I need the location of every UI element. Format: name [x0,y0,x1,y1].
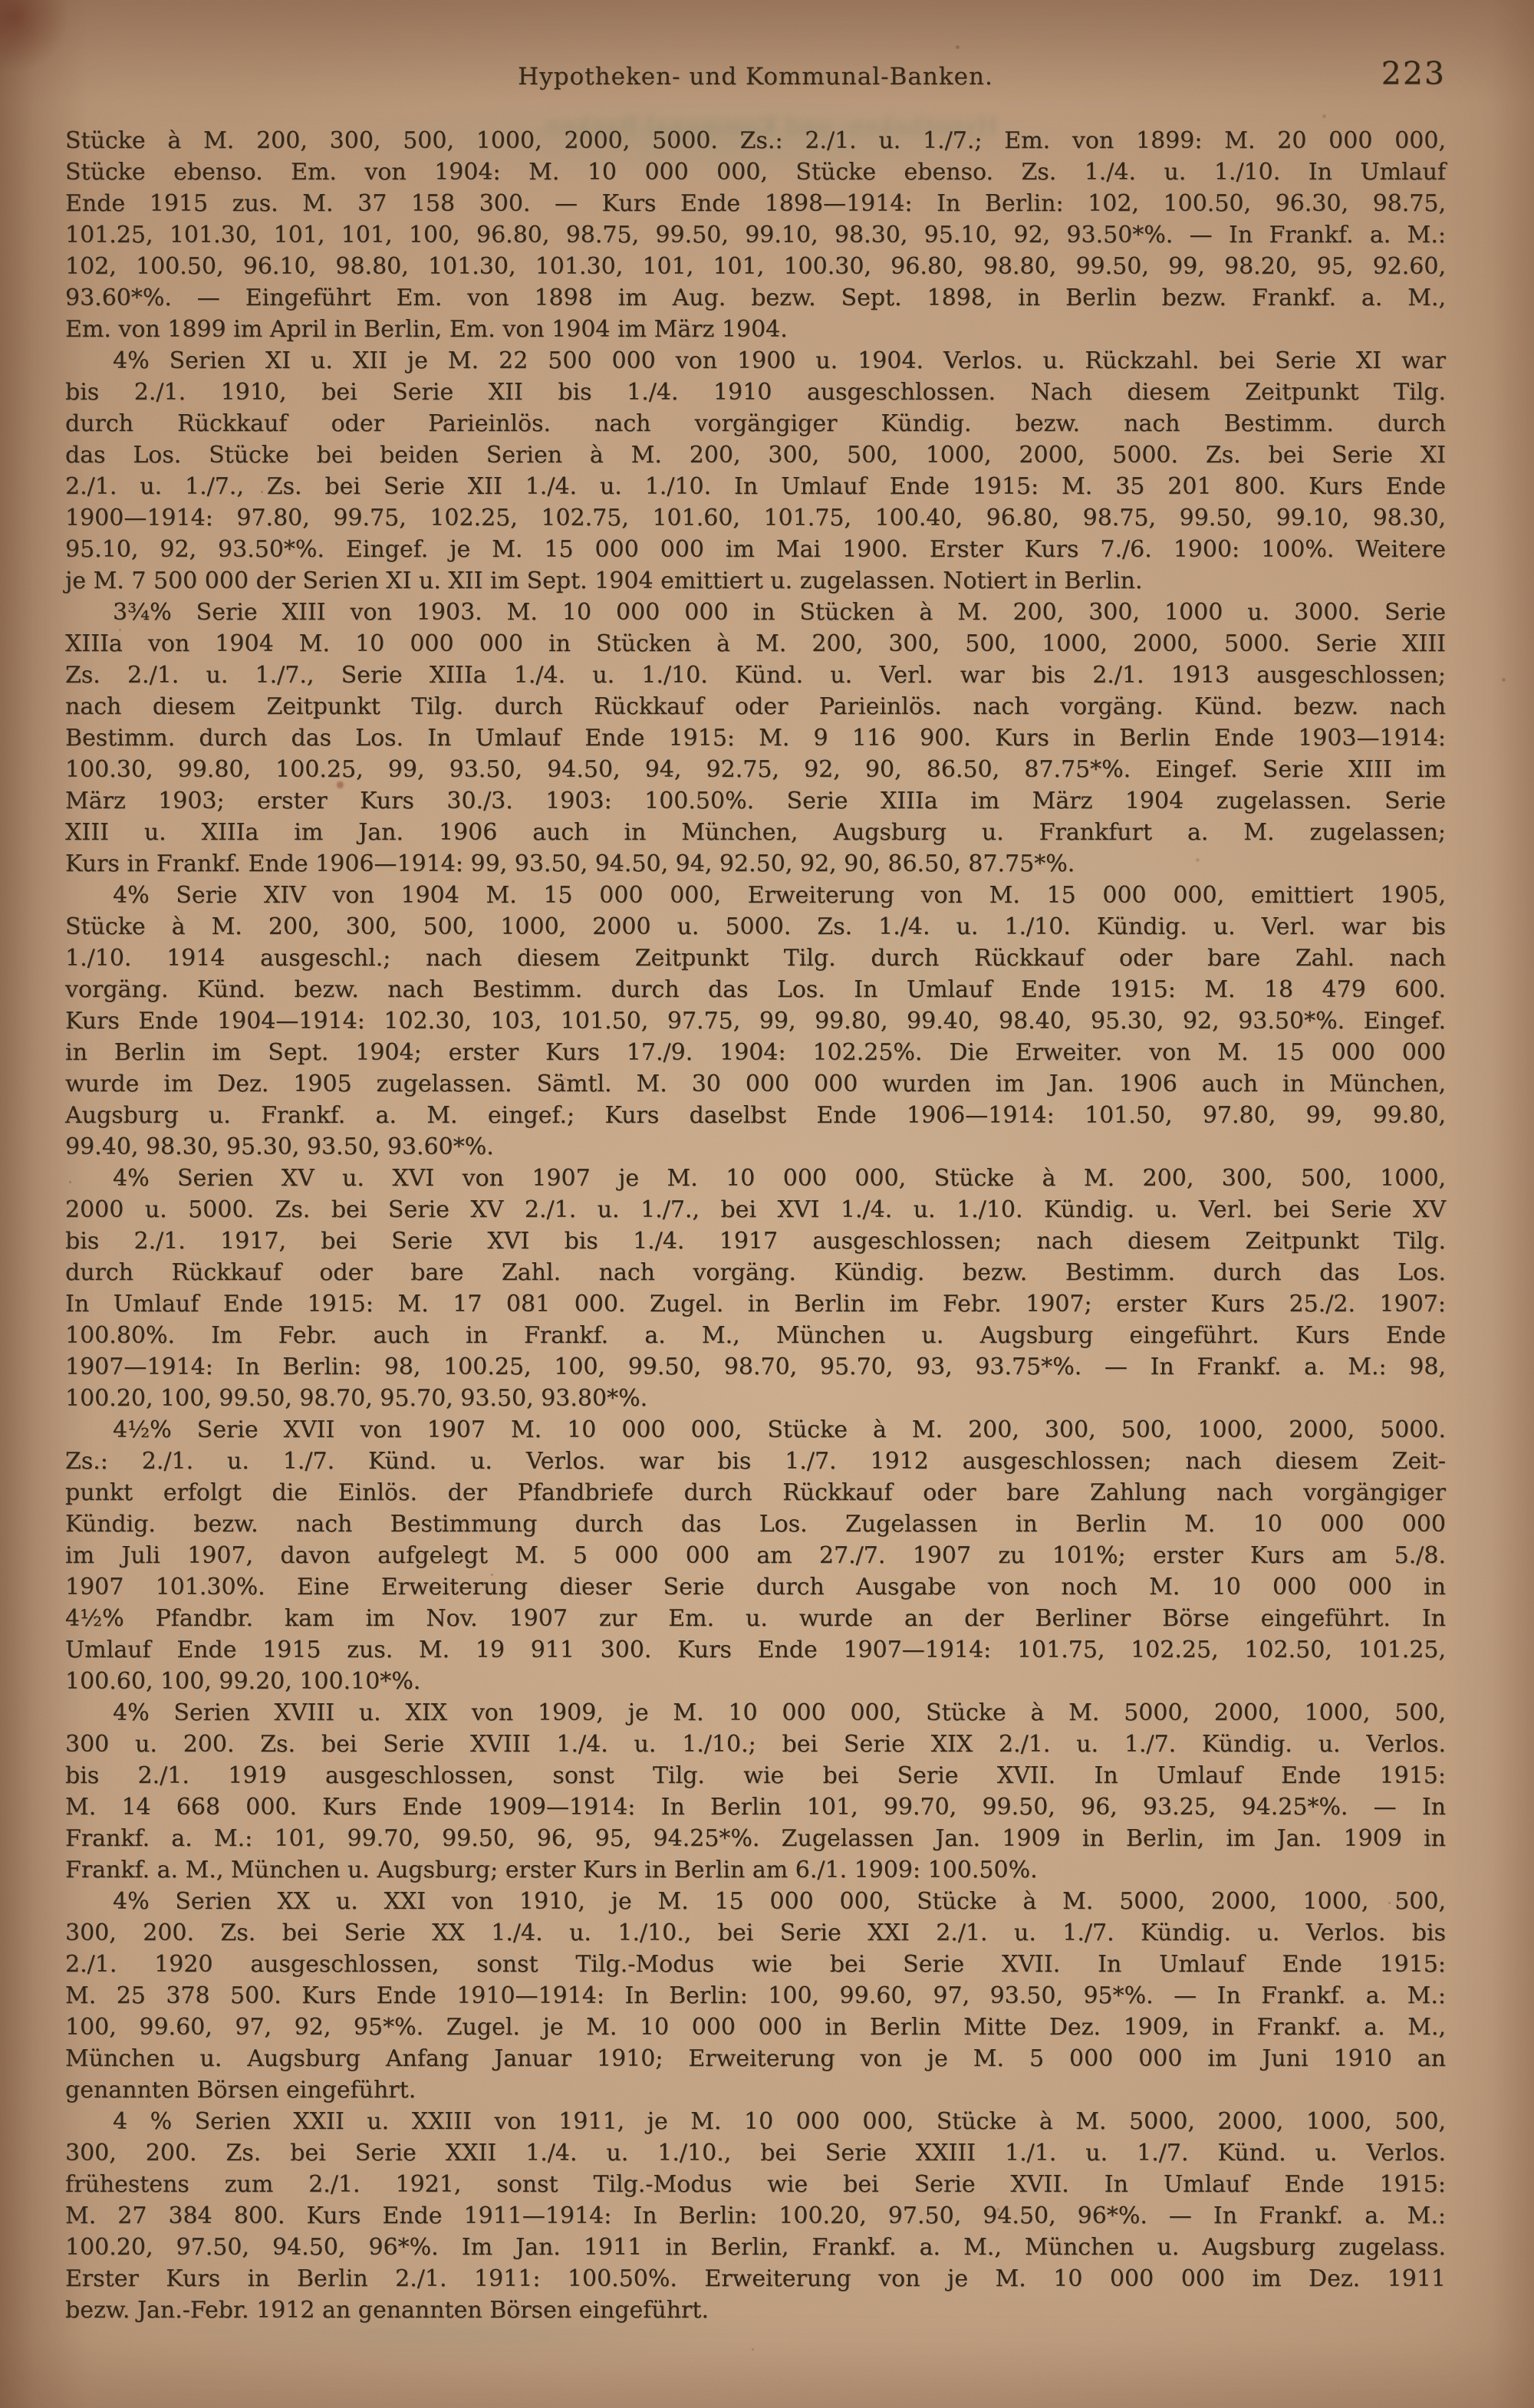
text-line: Zs. 2./1. u. 1./7., Serie XIIIa 1./4. u.… [65,660,1446,691]
paragraph: 3¾% Serie XIII von 1903. M. 10 000 000 i… [65,597,1446,880]
text-line: Kurs Ende 1904—1914: 102.30, 103, 101.50… [65,1005,1446,1037]
text-line: 1907—1914: In Berlin: 98, 100.25, 100, 9… [65,1351,1446,1383]
text-line: vorgäng. Künd. bezw. nach Bestimm. durch… [65,974,1446,1005]
text-line: Ende 1915 zus. M. 37 158 300. — Kurs End… [65,188,1446,219]
text-line: 300, 200. Zs. bei Serie XX 1./4. u. 1./1… [65,1917,1446,1949]
text-line: Stücke à M. 200, 300, 500, 1000, 2000 u.… [65,911,1446,942]
text-line: 102, 100.50, 96.10, 98.80, 101.30, 101.3… [65,251,1446,282]
paragraph: 4% Serie XIV von 1904 M. 15 000 000, Erw… [65,880,1446,1163]
text-line: im Juli 1907, davon aufgelegt M. 5 000 0… [65,1540,1446,1571]
text-line: 2000 u. 5000. Zs. bei Serie XV 2./1. u. … [65,1194,1446,1225]
text-line: 1907 101.30%. Eine Erweiterung dieser Se… [65,1571,1446,1603]
text-line: 4% Serie XIV von 1904 M. 15 000 000, Erw… [65,880,1446,911]
text-line: 101.25, 101.30, 101, 101, 100, 96.80, 98… [65,219,1446,251]
text-line: je M. 7 500 000 der Serien XI u. XII im … [65,565,1446,597]
text-line: frühestens zum 2./1. 1921, sonst Tilg.-M… [65,2169,1446,2200]
text-line: bis 2./1. 1910, bei Serie XII bis 1./4. … [65,377,1446,408]
text-line: 300, 200. Zs. bei Serie XXII 1./4. u. 1.… [65,2137,1446,2169]
text-line: 100.80%. Im Febr. auch in Frankf. a. M.,… [65,1320,1446,1351]
text-line: Bestimm. durch das Los. In Umlauf Ende 1… [65,722,1446,754]
text-line: M. 25 378 500. Kurs Ende 1910—1914: In B… [65,1980,1446,2012]
text-line: XIII u. XIIIa im Jan. 1906 auch in Münch… [65,817,1446,848]
text-line: bis 2./1. 1919 ausgeschlossen, sonst Til… [65,1760,1446,1791]
book-page: Hypotheken- und Kommunal-Banken. Hypothe… [0,0,1534,2408]
text-line: 100.20, 97.50, 94.50, 96*%. Im Jan. 1911… [65,2232,1446,2263]
text-line: Stücke ebenso. Em. von 1904: M. 10 000 0… [65,156,1446,188]
paragraph: Stücke à M. 200, 300, 500, 1000, 2000, 5… [65,125,1446,345]
text-line: 4½% Pfandbr. kam im Nov. 1907 zur Em. u.… [65,1603,1446,1634]
text-line: 2./1. 1920 ausgeschlossen, sonst Tilg.-M… [65,1949,1446,1980]
text-line: bezw. Jan.-Febr. 1912 an genannten Börse… [65,2295,1446,2326]
text-line: In Umlauf Ende 1915: M. 17 081 000. Zuge… [65,1288,1446,1320]
text-line: Kurs in Frankf. Ende 1906—1914: 99, 93.5… [65,848,1446,880]
text-line: Kündig. bezw. nach Bestimmung durch das … [65,1508,1446,1540]
paragraph: 4% Serien XVIII u. XIX von 1909, je M. 1… [65,1697,1446,1886]
text-line: Frankf. a. M.: 101, 99.70, 99.50, 96, 95… [65,1823,1446,1854]
text-line: 2./1. u. 1./7., Zs. bei Serie XII 1./4. … [65,471,1446,502]
dust-specks [0,0,2,2]
text-line: 95.10, 92, 93.50*%. Eingef. je M. 15 000… [65,534,1446,565]
text-line: 300 u. 200. Zs. bei Serie XVIII 1./4. u.… [65,1729,1446,1760]
text-line: 4½% Serie XVII von 1907 M. 10 000 000, S… [65,1414,1446,1446]
text-line: 4% Serien XVIII u. XIX von 1909, je M. 1… [65,1697,1446,1729]
text-line: Em. von 1899 im April in Berlin, Em. von… [65,314,1446,345]
text-line: M. 14 668 000. Kurs Ende 1909—1914: In B… [65,1791,1446,1823]
text-line: bis 2./1. 1917, bei Serie XVI bis 1./4. … [65,1225,1446,1257]
text-line: punkt erfolgt die Einlös. der Pfandbrief… [65,1477,1446,1508]
text-line: 93.60*%. — Eingeführt Em. von 1898 im Au… [65,282,1446,314]
paragraph: 4% Serien XX u. XXI von 1910, je M. 15 0… [65,1886,1446,2106]
page-body: Stücke à M. 200, 300, 500, 1000, 2000, 5… [65,125,1446,2326]
text-line: wurde im Dez. 1905 zugelassen. Sämtl. M.… [65,1068,1446,1100]
text-line: Frankf. a. M., München u. Augsburg; erst… [65,1854,1446,1886]
paragraph: 4½% Serie XVII von 1907 M. 10 000 000, S… [65,1414,1446,1697]
paragraph: 4 % Serien XXII u. XXIII von 1911, je M.… [65,2106,1446,2326]
paragraph: 4% Serien XV u. XVI von 1907 je M. 10 00… [65,1163,1446,1414]
text-line: 100, 99.60, 97, 92, 95*%. Zugel. je M. 1… [65,2012,1446,2043]
text-line: 4% Serien XI u. XII je M. 22 500 000 von… [65,345,1446,377]
running-header: Hypotheken- und Kommunal-Banken. 223 [65,57,1446,97]
text-line: 1./10. 1914 ausgeschl.; nach diesem Zeit… [65,942,1446,974]
text-line: Erster Kurs in Berlin 2./1. 1911: 100.50… [65,2263,1446,2295]
text-line: 1900—1914: 97.80, 99.75, 102.25, 102.75,… [65,502,1446,534]
text-line: 4 % Serien XXII u. XXIII von 1911, je M.… [65,2106,1446,2137]
text-line: 3¾% Serie XIII von 1903. M. 10 000 000 i… [65,597,1446,628]
text-line: nach diesem Zeitpunkt Tilg. durch Rückka… [65,691,1446,722]
text-line: 99.40, 98.30, 95.30, 93.50, 93.60*%. [65,1131,1446,1163]
text-line: München u. Augsburg Anfang Januar 1910; … [65,2043,1446,2074]
text-line: 4% Serien XX u. XXI von 1910, je M. 15 0… [65,1886,1446,1917]
text-line: 100.60, 100, 99.20, 100.10*%. [65,1666,1446,1697]
text-line: M. 27 384 800. Kurs Ende 1911—1914: In B… [65,2200,1446,2232]
text-line: Zs.: 2./1. u. 1./7. Künd. u. Verlos. war… [65,1446,1446,1477]
text-line: XIIIa von 1904 M. 10 000 000 in Stücken … [65,628,1446,660]
text-line: 100.20, 100, 99.50, 98.70, 95.70, 93.50,… [65,1383,1446,1414]
text-line: März 1903; erster Kurs 30./3. 1903: 100.… [65,785,1446,817]
text-line: genannten Börsen eingeführt. [65,2074,1446,2106]
text-line: Umlauf Ende 1915 zus. M. 19 911 300. Kur… [65,1634,1446,1666]
text-line: Stücke à M. 200, 300, 500, 1000, 2000, 5… [65,125,1446,156]
text-line: durch Rückkauf oder Parieinlös. nach vor… [65,408,1446,439]
text-line: Augsburg u. Frankf. a. M. eingef.; Kurs … [65,1100,1446,1131]
page-number: 223 [1381,54,1446,94]
paragraph: 4% Serien XI u. XII je M. 22 500 000 von… [65,345,1446,597]
text-line: in Berlin im Sept. 1904; erster Kurs 17.… [65,1037,1446,1068]
text-line: das Los. Stücke bei beiden Serien à M. 2… [65,439,1446,471]
text-line: durch Rückkauf oder bare Zahl. nach vorg… [65,1257,1446,1288]
text-line: 4% Serien XV u. XVI von 1907 je M. 10 00… [65,1163,1446,1194]
text-line: 100.30, 99.80, 100.25, 99, 93.50, 94.50,… [65,754,1446,785]
page-title: Hypotheken- und Kommunal-Banken. [65,57,1446,97]
